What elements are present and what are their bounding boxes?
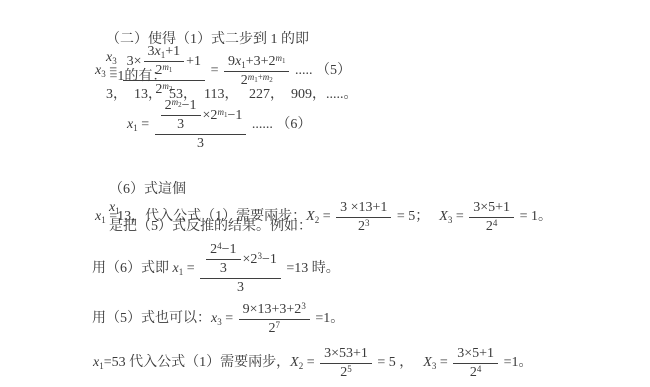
math-token: ×2 <box>203 108 218 123</box>
math-token: = <box>319 209 334 224</box>
math-token: = <box>452 209 467 224</box>
formula-6-example-line: 用（6）式即 x1 = 24−1 3 ×23−1 3 =13 時。 <box>92 242 340 296</box>
math-token: 3 <box>237 280 244 295</box>
math-token: 2 <box>165 98 172 113</box>
use5-lead-text: 用（5）式也可以： <box>92 311 211 328</box>
math-token: 2 <box>241 73 248 88</box>
math-token: = <box>138 117 153 132</box>
fraction-denominator: 3 <box>155 134 247 152</box>
math-token: = <box>183 261 198 276</box>
math-token: 3×5+1 <box>457 346 494 361</box>
x3-fraction: 3×5+1 24 <box>453 346 498 381</box>
x2-fraction: 3 ×13+1 23 <box>336 200 391 235</box>
inner-numerator: 2m2−1 <box>161 98 201 115</box>
math-token: m <box>162 62 169 72</box>
formula-6: x1 = 2m2−1 3 ×2m1−1 3 ...... （6） <box>127 98 311 152</box>
x2-lhs: X2 = <box>306 209 334 226</box>
math-token: 3 <box>177 117 184 132</box>
fraction-numerator: 24−1 3 ×23−1 <box>200 242 281 278</box>
math-token: 7 <box>275 320 280 330</box>
fraction-denominator: 23 <box>336 217 391 235</box>
fraction-numerator: 2m2−1 3 ×2m1−1 <box>155 98 247 134</box>
x3-result: = 1。 <box>516 209 552 226</box>
fraction-denominator: 3 <box>200 278 281 296</box>
x2-lhs: X2 = <box>290 355 318 372</box>
math-token: 3 <box>257 251 262 261</box>
example53-lead-text: =53 代入公式（1）需要兩步， <box>104 355 290 372</box>
fraction-numerator: 3× 3x1+1 2m1 +1 <box>123 44 205 80</box>
x3-lhs: x3 = <box>211 311 237 328</box>
math-token: 1 <box>99 361 104 371</box>
inner-denominator: 3 <box>161 115 201 133</box>
math-token: 2 <box>470 365 477 380</box>
math-token: 5 <box>347 364 352 374</box>
math-token: +1 <box>165 44 180 59</box>
math-token: 4 <box>477 364 482 374</box>
math-token: X <box>306 209 315 224</box>
math-token: = <box>106 63 121 78</box>
numerator-suffix: +1 <box>186 54 201 70</box>
math-token: 3 <box>217 317 222 327</box>
math-token: 3 <box>301 301 306 311</box>
math-token: 3 <box>365 218 370 228</box>
math-token: m <box>217 107 224 117</box>
rhs-denominator: 2m1+m2 <box>224 71 290 89</box>
formula-5: x3 = 3× 3x1+1 2m1 +1 2m2 = 9x1+3+2m1 2m1… <box>95 44 351 98</box>
numerator-suffix: ×2m1−1 <box>203 108 243 124</box>
math-token: X <box>423 355 432 370</box>
math-token: 3 <box>220 261 227 276</box>
inner-numerator: 24−1 <box>206 242 240 259</box>
math-token: x <box>173 261 179 276</box>
math-token: 3 <box>148 44 155 59</box>
math-token: −1 <box>262 252 277 267</box>
use5-fraction: 9×13+3+23 27 <box>239 302 310 337</box>
x1-lhs: x1 = <box>173 261 199 278</box>
fraction-numerator: 3×5+1 <box>469 200 514 217</box>
explanation-prefix: （6）式這個 <box>109 182 186 197</box>
math-token: 2 <box>269 76 273 84</box>
math-token: 3 <box>197 136 204 151</box>
math-token: 1 <box>224 111 228 119</box>
example-13-line: x1 =13，代入公式（1）需要兩步： X2 = 3 ×13+1 23 = 5；… <box>95 200 552 235</box>
use6-outer-fraction: 24−1 3 ×23−1 3 <box>200 242 281 296</box>
math-token: 2 <box>315 215 320 225</box>
formula5-outer-fraction: 3× 3x1+1 2m1 +1 2m2 <box>123 44 205 98</box>
use6-lead-text: 用（6）式即 <box>92 261 173 278</box>
formula5-label: ..... （5） <box>291 63 351 80</box>
x2-result: = 5 ， <box>374 355 413 372</box>
math-token: 9×13+3+2 <box>243 302 302 317</box>
math-token: m <box>275 53 282 63</box>
fraction-denominator: 25 <box>320 363 372 381</box>
math-token: 3 ×13+1 <box>340 200 387 215</box>
fraction-denominator: 2m2 <box>123 80 205 98</box>
x3-result: =1。 <box>500 355 532 372</box>
formula-5-example-line: 用（5）式也可以： x3 = 9×13+3+23 27 =1。 <box>92 302 344 337</box>
math-token: 1 <box>241 60 246 70</box>
math-token: = <box>222 311 237 326</box>
x2-fraction: 3×53+1 25 <box>320 346 372 381</box>
math-token: 2 <box>169 85 173 93</box>
x1-variable: x1 <box>93 355 104 372</box>
inner-denominator: 2m1 <box>144 61 185 79</box>
math-token: 2 <box>299 361 304 371</box>
formula6-outer-fraction: 2m2−1 3 ×2m1−1 3 <box>155 98 247 152</box>
math-token: = <box>436 355 451 370</box>
document-page: { "colors": { "text": "#3a3a3a", "fracti… <box>0 0 650 387</box>
example13-lead-text: =13，代入公式（1）需要兩步： <box>106 209 306 226</box>
math-token: x <box>155 44 161 59</box>
math-token: 1 <box>161 50 166 60</box>
use6-inner-fraction: 24−1 3 <box>206 242 240 277</box>
fraction-denominator: 24 <box>453 363 498 381</box>
fraction-denominator: 24 <box>469 217 514 235</box>
numerator-suffix: ×23−1 <box>243 252 277 268</box>
formula6-inner-fraction: 2m2−1 3 <box>161 98 201 133</box>
numerator-prefix: 3× <box>127 54 142 70</box>
math-token: = <box>207 63 222 78</box>
math-token: 2 <box>358 219 365 234</box>
math-token: 4 <box>493 218 498 228</box>
formula5-lhs: x3 = <box>95 63 121 80</box>
math-token: 2 <box>486 219 493 234</box>
fraction-numerator: 3 ×13+1 <box>336 200 391 217</box>
inner-numerator: 3x1+1 <box>144 44 185 61</box>
formula5-inner-fraction: 3x1+1 2m1 <box>144 44 185 79</box>
math-token: 3 <box>448 215 453 225</box>
math-token: +3+2 <box>246 54 276 69</box>
math-token: 2 <box>178 101 182 109</box>
fraction-denominator: 27 <box>239 319 310 337</box>
math-token: −1 <box>182 98 197 113</box>
equals-sign: = <box>207 63 222 80</box>
math-token: +1 <box>186 54 201 69</box>
x3-lhs: X3 = <box>439 209 467 226</box>
math-token: −1 <box>222 242 237 257</box>
rhs-numerator: 9x1+3+2m1 <box>224 54 290 71</box>
math-token: 9 <box>228 54 235 69</box>
math-token: 1 <box>179 267 184 277</box>
use5-result: =1。 <box>312 311 344 328</box>
math-token: 3 <box>432 361 437 371</box>
math-token: = <box>303 355 318 370</box>
math-token: 1 <box>282 57 286 65</box>
math-token: X <box>439 209 448 224</box>
use6-result: =13 時。 <box>283 261 340 278</box>
x3-fraction: 3×5+1 24 <box>469 200 514 235</box>
example-53-line: x1 =53 代入公式（1）需要兩步， X2 = 3×53+1 25 = 5 ，… <box>93 346 532 381</box>
x1-variable: x1 <box>95 209 106 226</box>
math-token: 1 <box>169 66 173 74</box>
x3-lhs: X3 = <box>423 355 451 372</box>
fraction-numerator: 9×13+3+23 <box>239 302 310 319</box>
math-token: X <box>290 355 299 370</box>
math-token: 3×5+1 <box>473 200 510 215</box>
fraction-numerator: 3×5+1 <box>453 346 498 363</box>
math-token: ×2 <box>243 252 258 267</box>
math-token: m <box>162 81 169 91</box>
fraction-numerator: 3×53+1 <box>320 346 372 363</box>
math-token: 1 <box>101 215 106 225</box>
math-token: 3×53+1 <box>324 346 368 361</box>
formula6-lhs: x1 = <box>127 117 153 134</box>
math-token: + <box>258 72 263 82</box>
formula6-label: ...... （6） <box>248 117 311 134</box>
inner-denominator: 3 <box>206 259 240 277</box>
math-token: 3× <box>127 54 142 69</box>
math-token: 4 <box>217 241 222 251</box>
math-token: 3 <box>101 69 106 79</box>
formula5-rhs-fraction: 9x1+3+2m1 2m1+m2 <box>224 54 290 89</box>
math-token: −1 <box>227 108 242 123</box>
math-token: 1 <box>133 123 138 133</box>
x2-result: = 5； <box>393 209 429 226</box>
